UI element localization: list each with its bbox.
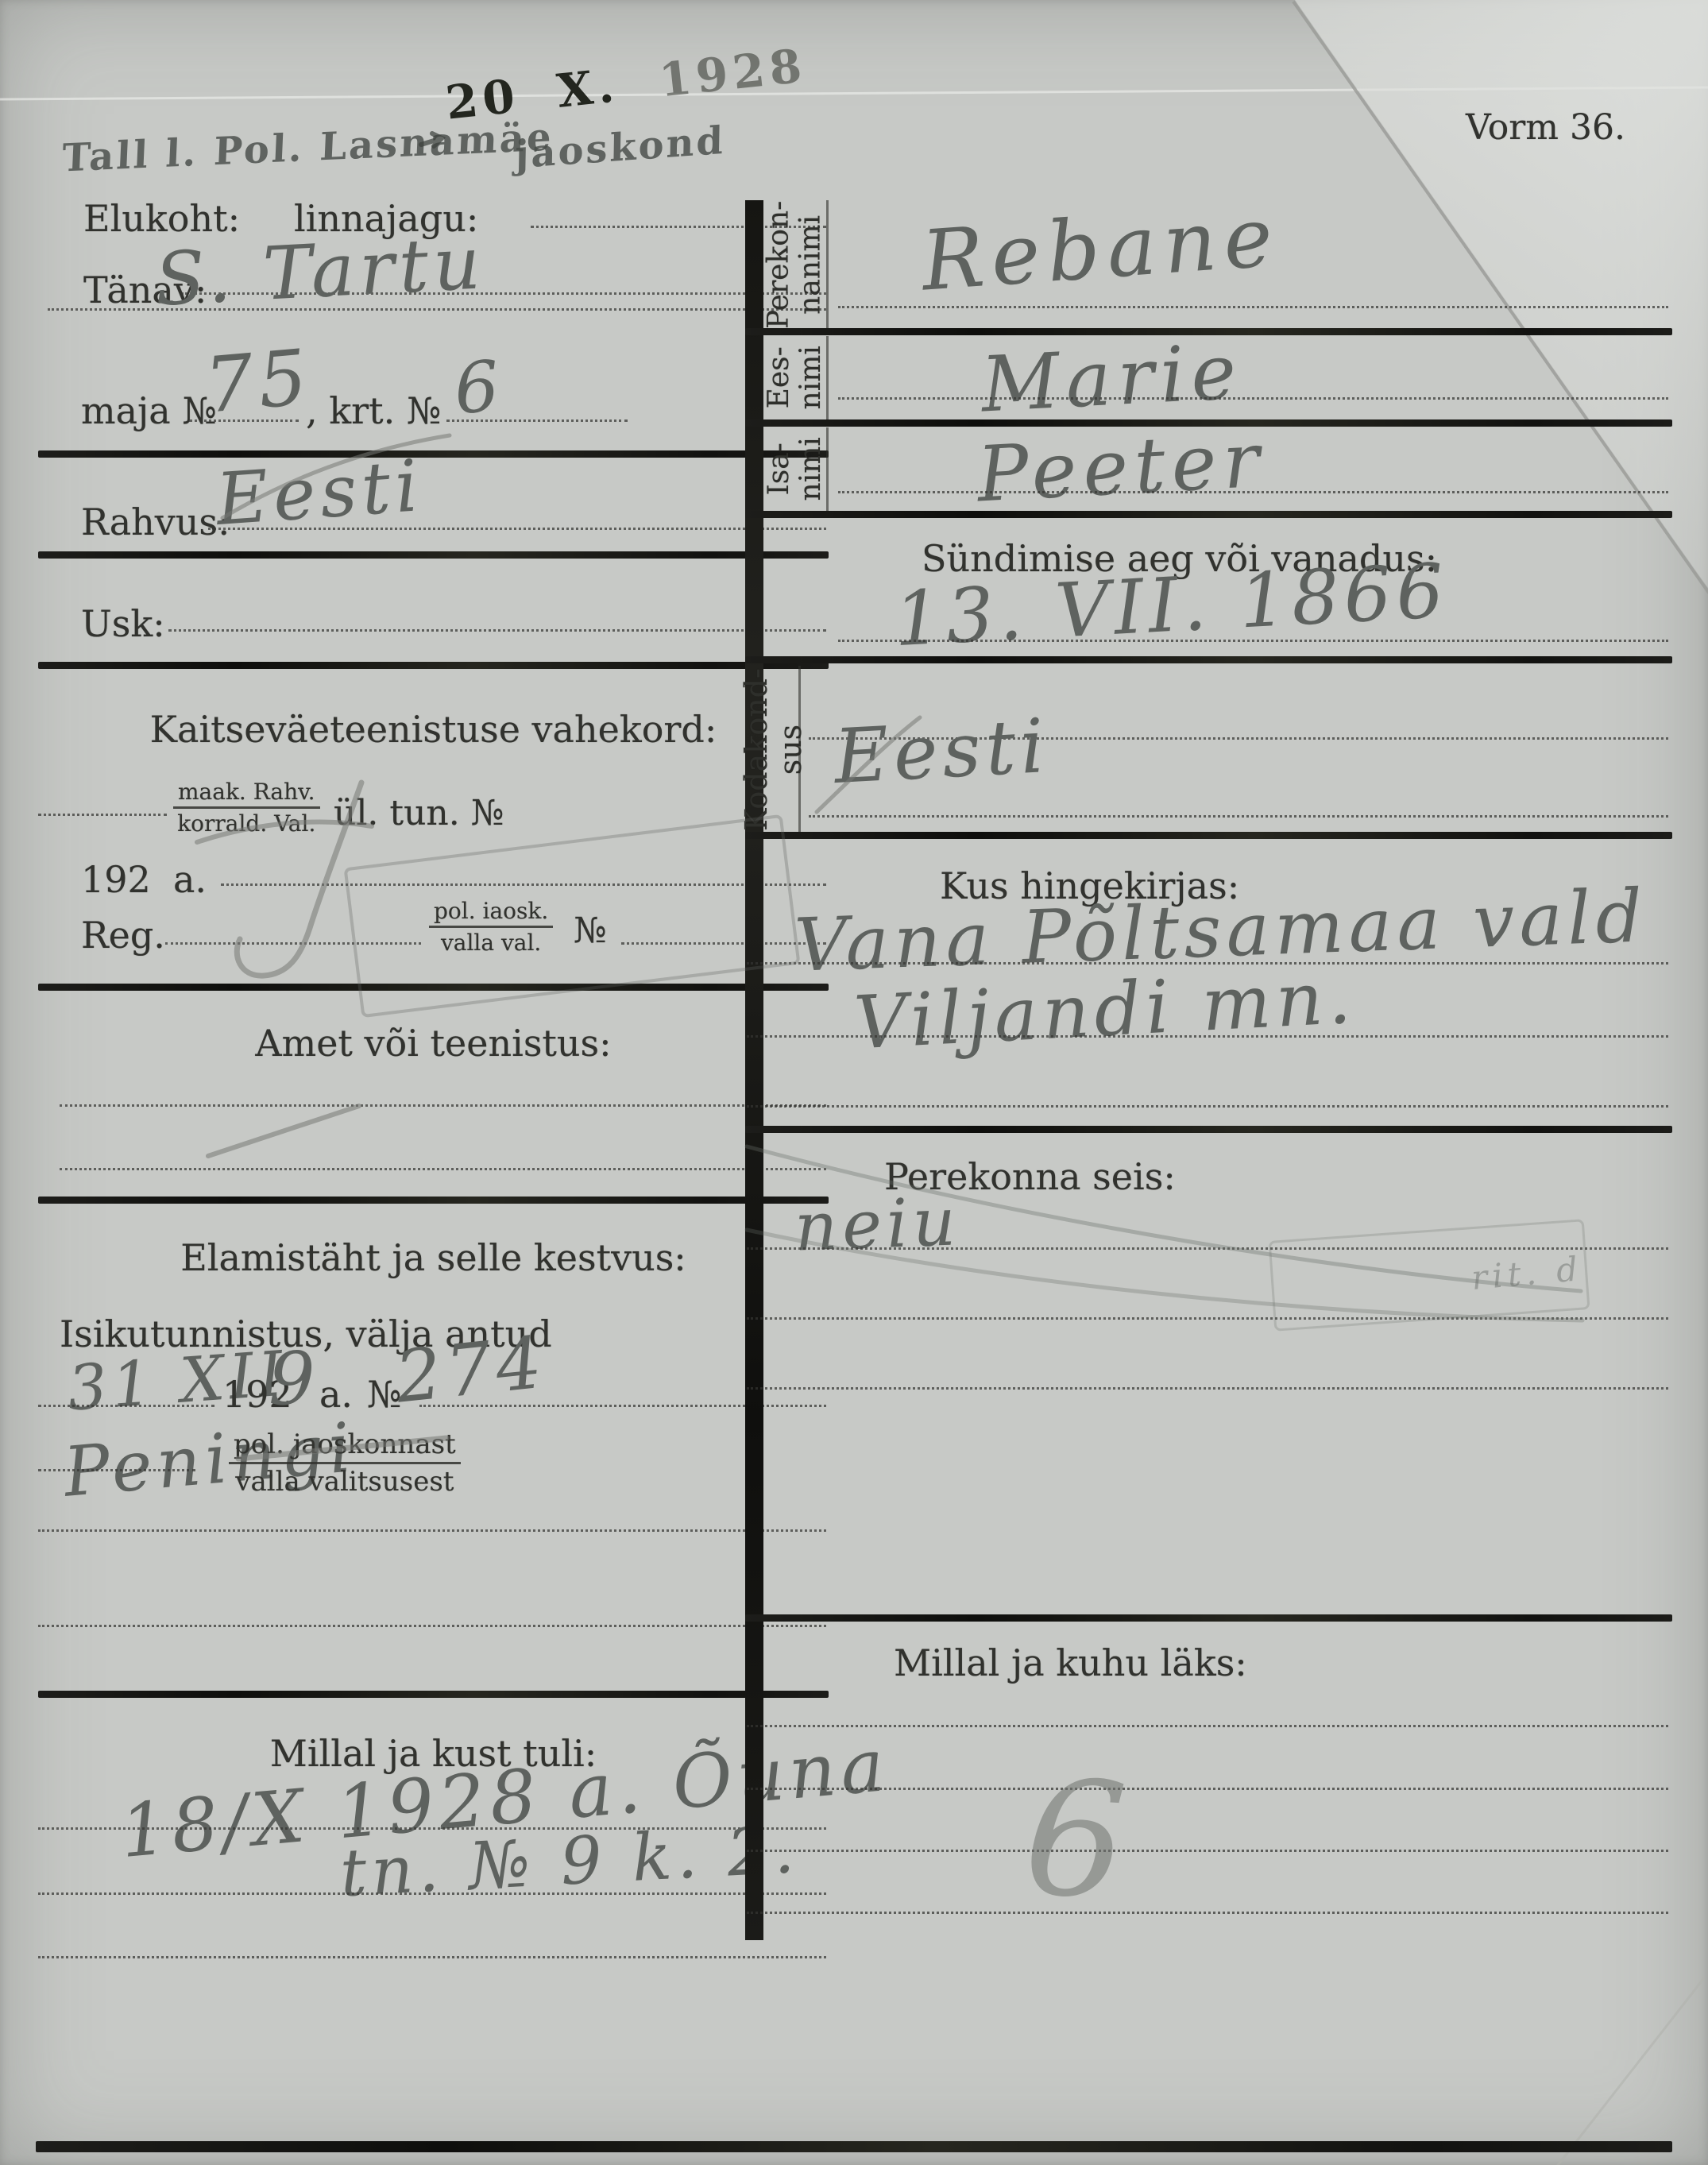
fill-line bbox=[38, 814, 167, 816]
label-cell-border bbox=[798, 666, 801, 833]
field-label-krt: , krt. № bbox=[306, 389, 441, 432]
pencil-note-6: 6 bbox=[1020, 1746, 1135, 1936]
fraction-top-struck: pol. jaoskonnast bbox=[229, 1429, 461, 1464]
field-label-usk: Usk: bbox=[81, 602, 165, 645]
fraction-bottom: korrald. Val. bbox=[173, 809, 320, 837]
section-heading-residence-permit: Elamistäht ja selle kestvus: bbox=[38, 1236, 829, 1279]
corner-crease-line bbox=[1556, 1977, 1705, 2165]
field-label-192: 192 bbox=[81, 858, 151, 901]
maak-korrald-fraction: maak. Rahv. korrald. Val. bbox=[173, 779, 320, 837]
field-label-a: a. bbox=[173, 858, 207, 901]
handwritten-surname: Rebane bbox=[918, 188, 1282, 309]
form-number: Vorm 36. bbox=[1466, 107, 1625, 148]
date-stamp-year: 1928 bbox=[657, 38, 810, 107]
handwritten-street: S. Tartu bbox=[153, 220, 487, 323]
vertical-label-firstname: Ees- nimi bbox=[764, 336, 826, 419]
field-label-maja: maja № bbox=[81, 389, 217, 432]
divider-rule bbox=[745, 1126, 1672, 1133]
fill-line bbox=[60, 1168, 826, 1170]
fill-line bbox=[38, 1405, 214, 1407]
vertical-label-surname: Perekon- nanimi bbox=[764, 200, 826, 330]
date-stamp-day: 20 bbox=[443, 68, 522, 130]
fill-line bbox=[38, 1529, 826, 1532]
handwritten-citizenship: Eesti bbox=[832, 703, 1051, 801]
vertical-label-line: nimi bbox=[794, 346, 827, 409]
fill-line bbox=[38, 1625, 826, 1627]
fill-line bbox=[747, 1912, 1668, 1914]
fill-line bbox=[38, 1892, 826, 1895]
label-cell-border bbox=[826, 427, 829, 511]
vertical-label-line: nimi bbox=[794, 437, 827, 501]
fill-line bbox=[838, 491, 1668, 493]
divider-rule bbox=[745, 832, 1672, 839]
fill-line bbox=[747, 1317, 1668, 1320]
field-label-reg: Reg. bbox=[81, 914, 165, 957]
divider-rule bbox=[745, 511, 1672, 518]
date-stamp: 20 X. 1928 bbox=[443, 38, 809, 130]
fill-line bbox=[809, 815, 1668, 818]
vertical-label-line: Isa- bbox=[763, 443, 795, 495]
divider-rule bbox=[38, 551, 829, 559]
fill-line bbox=[838, 397, 1668, 400]
fill-line bbox=[838, 640, 1668, 642]
handwritten-fathername: Peeter bbox=[975, 416, 1268, 520]
fill-line bbox=[838, 306, 1668, 308]
fill-line bbox=[747, 1725, 1668, 1727]
divider-rule bbox=[38, 1197, 829, 1204]
pencil-stroke-occupation bbox=[208, 1106, 359, 1156]
handwritten-house-no: 75 bbox=[201, 332, 315, 430]
fill-line bbox=[747, 1850, 1668, 1852]
fraction-top: maak. Rahv. bbox=[173, 779, 320, 809]
vertical-label-citizenship: Kodakond- sus bbox=[745, 667, 801, 833]
date-stamp-month: X. bbox=[555, 58, 621, 118]
label-cell-border bbox=[826, 336, 829, 419]
handwritten-year-digit: 9 bbox=[269, 1336, 320, 1421]
vertical-label-fathername: Isa- nimi bbox=[764, 427, 826, 511]
bottom-rule bbox=[36, 2141, 1672, 2152]
handwritten-apartment-no: 6 bbox=[451, 345, 506, 430]
field-label-ul-tun: ül. tun. № bbox=[334, 793, 504, 833]
scanned-form-page: Tall l. Pol. Lasnamäe jaoskond 20 X. 192… bbox=[0, 0, 1708, 2165]
fill-line bbox=[747, 1035, 1668, 1038]
divider-rule bbox=[38, 1691, 829, 1698]
handwritten-nationality: Eesti bbox=[214, 444, 426, 542]
label-cell-border bbox=[826, 200, 829, 330]
vertical-label-line: Kodakond- bbox=[738, 669, 773, 832]
center-divider-bar bbox=[745, 200, 763, 1940]
section-heading-occupation: Amet või teenistus: bbox=[38, 1022, 829, 1065]
fill-line bbox=[747, 1788, 1668, 1790]
divider-rule bbox=[38, 662, 829, 669]
section-heading-departed: Millal ja kuhu läks: bbox=[894, 1641, 1247, 1684]
fraction-bottom: valla valitsusest bbox=[229, 1464, 461, 1498]
handwritten-id-number: 274 bbox=[392, 1320, 551, 1419]
fill-line bbox=[747, 1387, 1668, 1390]
divider-rule bbox=[38, 450, 829, 458]
divider-rule bbox=[745, 1614, 1672, 1622]
issuer-fraction: pol. jaoskonnast valla valitsusest bbox=[229, 1429, 461, 1498]
field-label-rahvus: Rahvus: bbox=[81, 501, 230, 543]
handwritten-firstname: Marie bbox=[979, 327, 1244, 429]
divider-rule bbox=[745, 656, 1672, 663]
fill-line bbox=[38, 1956, 826, 1958]
fill-line bbox=[747, 1105, 1668, 1108]
fill-line bbox=[48, 308, 826, 311]
section-heading-military: Kaitseväeteenistuse vahekord: bbox=[38, 708, 829, 751]
vertical-label-line: sus bbox=[772, 725, 807, 775]
vertical-label-line: Perekon- bbox=[763, 201, 795, 329]
vertical-label-line: Ees- bbox=[763, 346, 795, 408]
handwritten-family-status: neiu bbox=[793, 1182, 961, 1266]
vertical-label-line: nanimi bbox=[794, 215, 827, 315]
fill-line bbox=[168, 629, 826, 632]
fill-line bbox=[60, 1104, 826, 1107]
fill-line bbox=[38, 1469, 195, 1471]
